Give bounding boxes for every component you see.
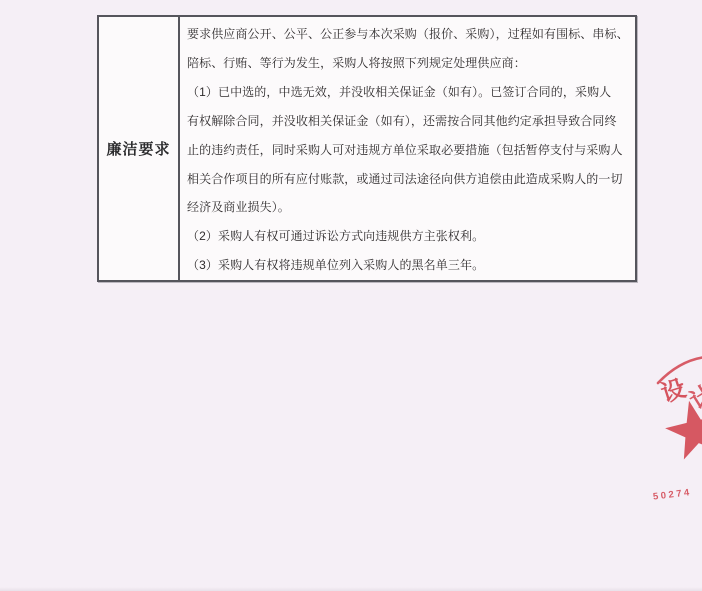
clause-line: （2）采购人有权可通过诉讼方式向违规供方主张权利。 [187,222,631,251]
seal-serial-number: 50274 [652,487,692,503]
clause-line: 陪标、行贿、等行为发生，采购人将按照下列规定处理供应商： [187,49,631,78]
clause-line: 要求供应商公开、公平、公正参与本次采购（报价、采购），过程如有围标、串标、 [187,20,631,49]
seal-character: 设 [658,375,689,408]
integrity-requirements-label: 廉洁要求 [99,17,180,280]
clause-line: （3）采购人有权将违规单位列入采购人的黑名单三年。 [187,251,631,280]
clause-line: 止的违约责任，同时采购人可对违规方单位采取必要措施（包括暂停支付与采购人 [187,136,631,165]
integrity-requirements-table: 廉洁要求 要求供应商公开、公平、公正参与本次采购（报价、采购），过程如有围标、串… [97,15,637,282]
scanned-document-page: 廉洁要求 要求供应商公开、公平、公正参与本次采购（报价、采购），过程如有围标、串… [0,0,702,591]
clause-line: 相关合作项目的所有应付账款，或通过司法途径向供方追偿由此造成采购人的一切 [187,165,631,194]
integrity-clauses-cell: 要求供应商公开、公平、公正参与本次采购（报价、采购），过程如有围标、串标、 陪标… [180,17,635,280]
company-seal-stamp-icon: 设 计 50274 [630,345,702,510]
clause-line: 经济及商业损失）。 [187,193,631,222]
clause-line: （1）已中选的，中选无效，并没收相关保证金（如有）。已签订合同的，采购人 [187,78,631,107]
clause-line: 有权解除合同，并没收相关保证金（如有），还需按合同其他约定承担导致合同终 [187,107,631,136]
